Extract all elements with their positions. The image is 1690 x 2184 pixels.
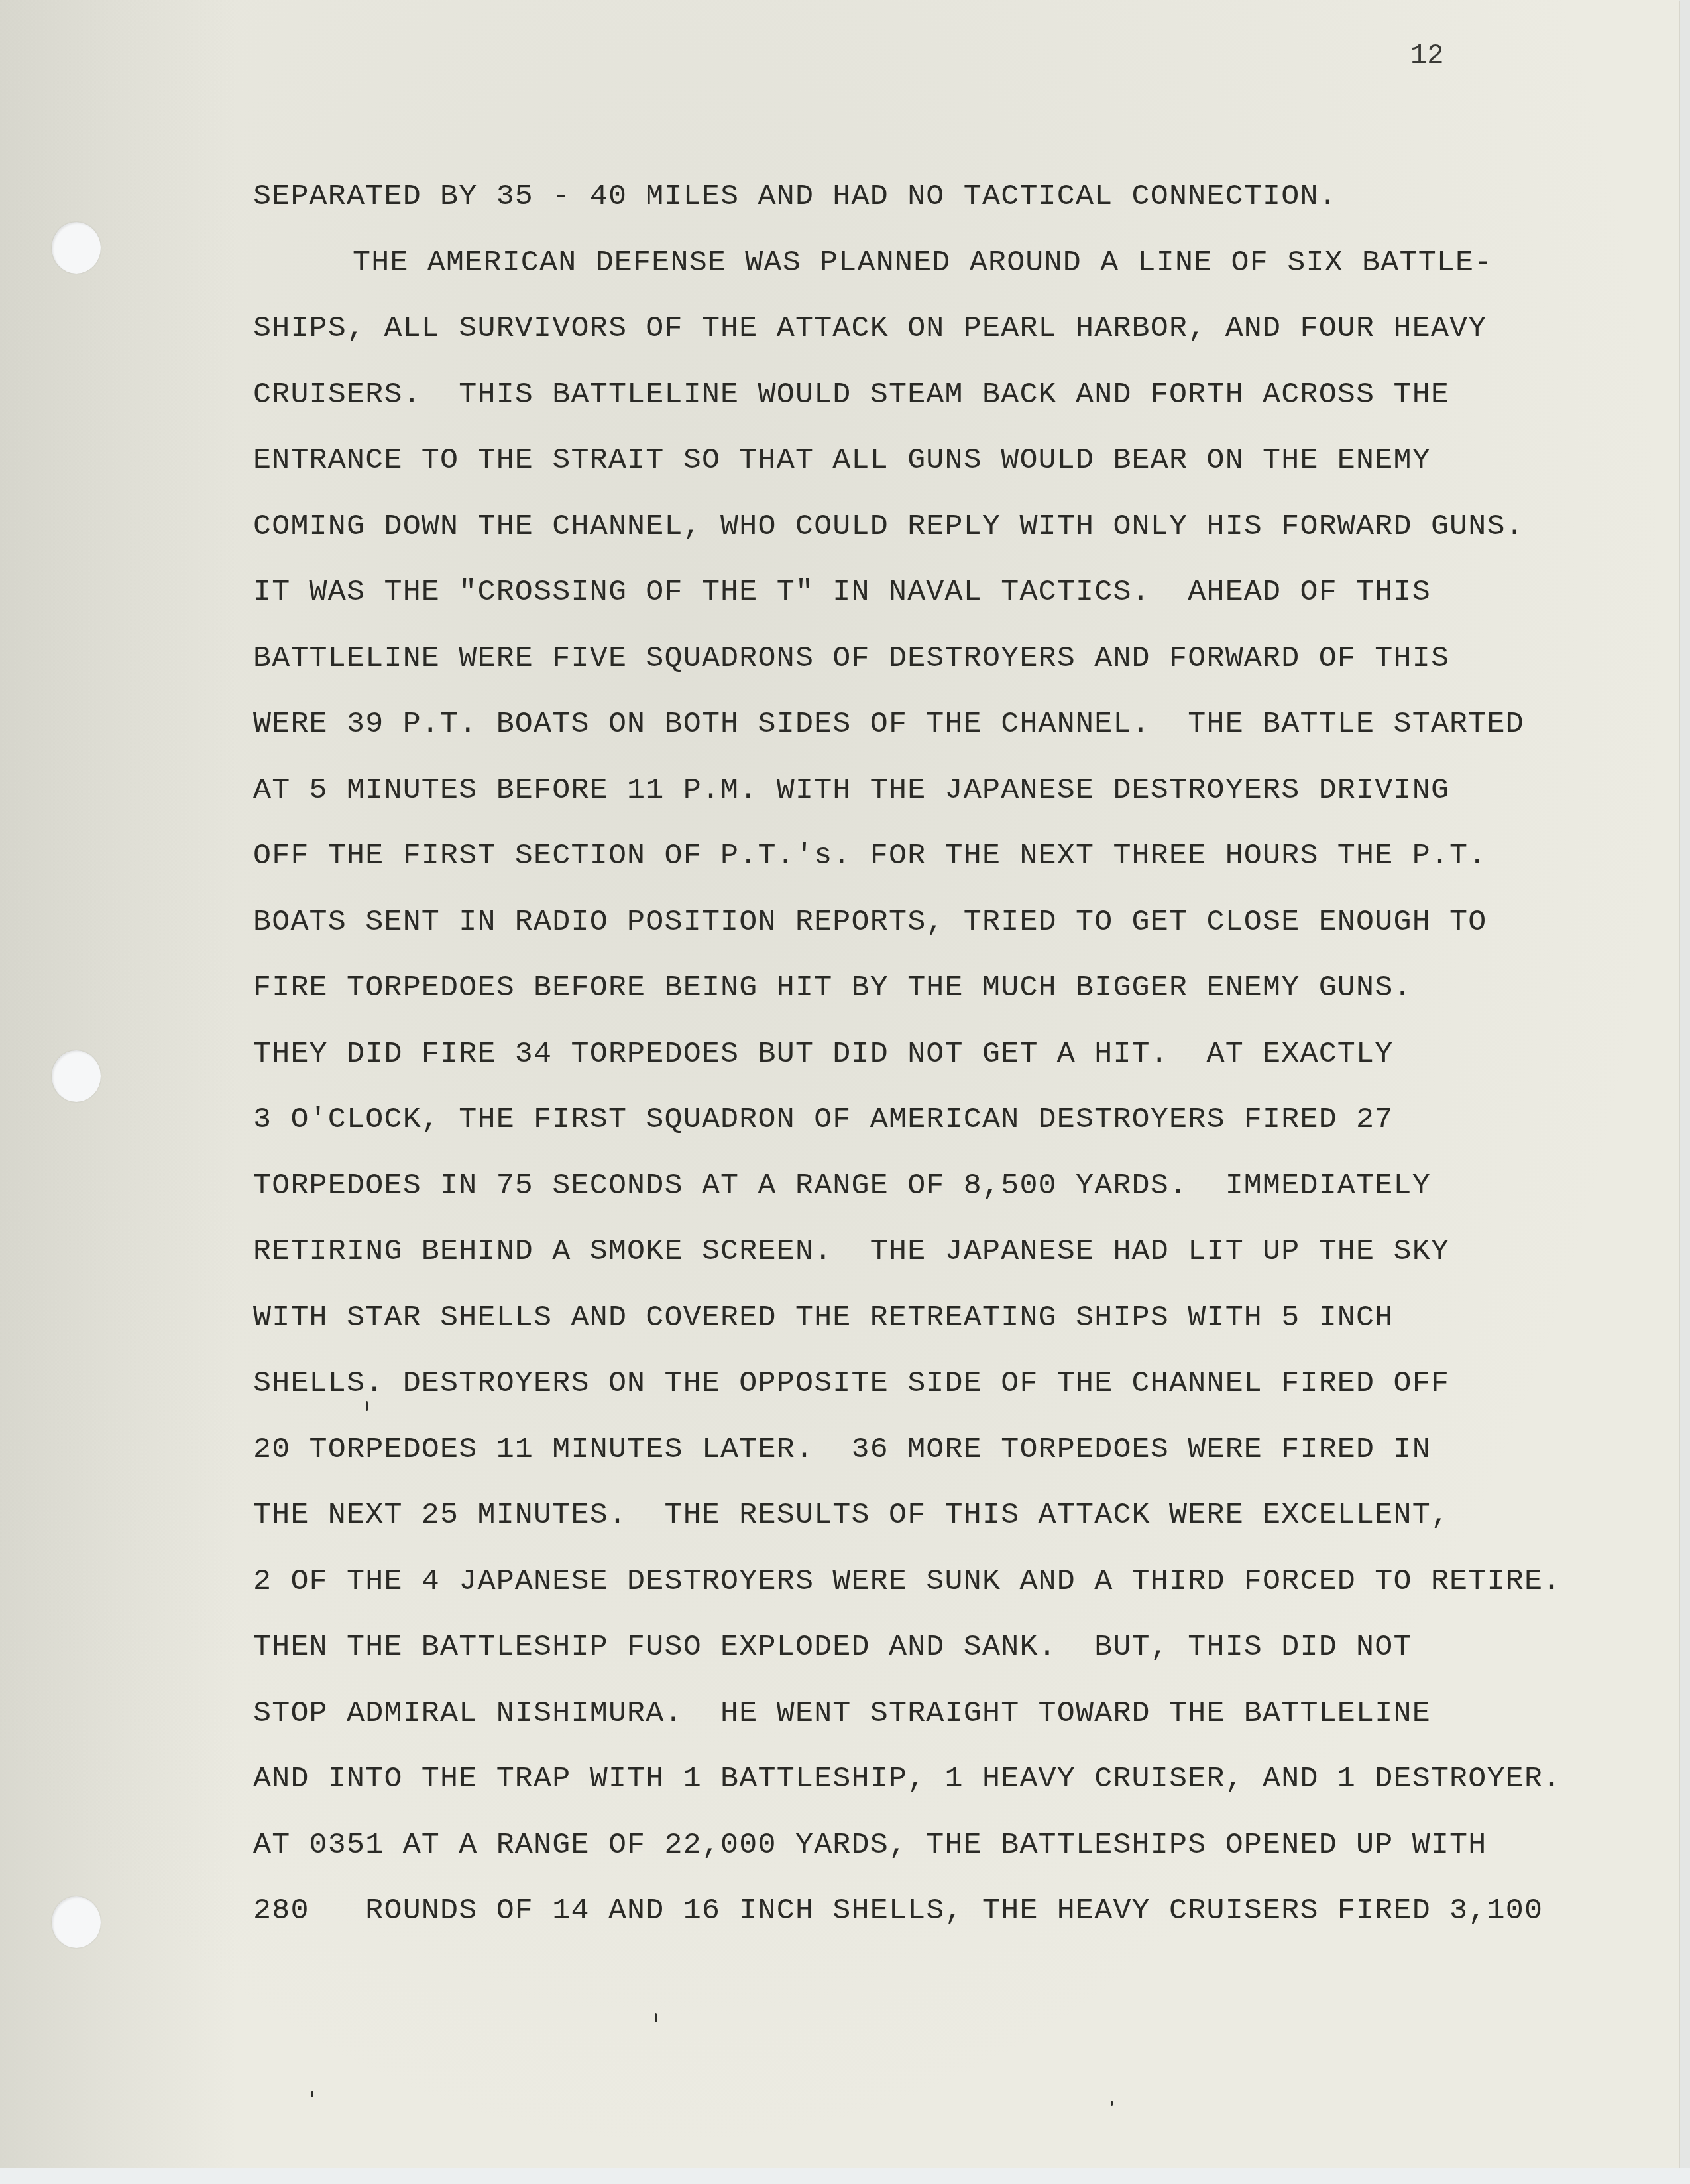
text-line: WERE 39 P.T. BOATS ON BOTH SIDES OF THE … bbox=[253, 701, 1645, 767]
text-line: SEPARATED BY 35 - 40 MILES AND HAD NO TA… bbox=[253, 174, 1645, 240]
ink-speck bbox=[311, 2091, 313, 2097]
text-line: 280 ROUNDS OF 14 AND 16 INCH SHELLS, THE… bbox=[253, 1888, 1645, 1954]
text-line: RETIRING BEHIND A SMOKE SCREEN. THE JAPA… bbox=[253, 1228, 1645, 1295]
text-line: BATTLELINE WERE FIVE SQUADRONS OF DESTRO… bbox=[253, 635, 1645, 702]
text-line: 3 O'CLOCK, THE FIRST SQUADRON OF AMERICA… bbox=[253, 1097, 1645, 1163]
text-line: CRUISERS. THIS BATTLELINE WOULD STEAM BA… bbox=[253, 372, 1645, 438]
text-line: AND INTO THE TRAP WITH 1 BATTLESHIP, 1 H… bbox=[253, 1756, 1645, 1822]
ink-speck bbox=[1111, 2101, 1113, 2106]
body-text: SEPARATED BY 35 - 40 MILES AND HAD NO TA… bbox=[253, 174, 1645, 1954]
document-page: 12 SEPARATED BY 35 - 40 MILES AND HAD NO… bbox=[0, 0, 1679, 2168]
punch-hole-top bbox=[52, 222, 101, 274]
text-line: WITH STAR SHELLS AND COVERED THE RETREAT… bbox=[253, 1295, 1645, 1361]
page-number: 12 bbox=[1410, 40, 1443, 72]
scanner-background bbox=[0, 2168, 1690, 2184]
ink-speck bbox=[366, 1401, 368, 1411]
text-line: THE NEXT 25 MINUTES. THE RESULTS OF THIS… bbox=[253, 1492, 1645, 1558]
text-line: COMING DOWN THE CHANNEL, WHO COULD REPLY… bbox=[253, 504, 1645, 570]
text-line: TORPEDOES IN 75 SECONDS AT A RANGE OF 8,… bbox=[253, 1163, 1645, 1229]
text-line: 20 TORPEDOES 11 MINUTES LATER. 36 MORE T… bbox=[253, 1427, 1645, 1493]
ink-speck bbox=[655, 2013, 657, 2022]
text-line: 2 OF THE 4 JAPANESE DESTROYERS WERE SUNK… bbox=[253, 1558, 1645, 1625]
punch-hole-bottom bbox=[52, 1896, 101, 1948]
text-line: SHIPS, ALL SURVIVORS OF THE ATTACK ON PE… bbox=[253, 305, 1645, 372]
text-line: THEN THE BATTLESHIP FUSO EXPLODED AND SA… bbox=[253, 1624, 1645, 1690]
text-line: AT 5 MINUTES BEFORE 11 P.M. WITH THE JAP… bbox=[253, 767, 1645, 834]
text-line: BOATS SENT IN RADIO POSITION REPORTS, TR… bbox=[253, 899, 1645, 965]
text-line: FIRE TORPEDOES BEFORE BEING HIT BY THE M… bbox=[253, 965, 1645, 1031]
text-line: STOP ADMIRAL NISHIMURA. HE WENT STRAIGHT… bbox=[253, 1690, 1645, 1757]
punch-hole-middle bbox=[52, 1050, 101, 1102]
text-line: SHELLS. DESTROYERS ON THE OPPOSITE SIDE … bbox=[253, 1360, 1645, 1427]
text-line: AT 0351 AT A RANGE OF 22,000 YARDS, THE … bbox=[253, 1822, 1645, 1888]
text-line: THE AMERICAN DEFENSE WAS PLANNED AROUND … bbox=[253, 240, 1645, 306]
text-line: OFF THE FIRST SECTION OF P.T.'s. FOR THE… bbox=[253, 833, 1645, 899]
text-line: THEY DID FIRE 34 TORPEDOES BUT DID NOT G… bbox=[253, 1031, 1645, 1097]
text-line: IT WAS THE "CROSSING OF THE T" IN NAVAL … bbox=[253, 569, 1645, 635]
text-line: ENTRANCE TO THE STRAIT SO THAT ALL GUNS … bbox=[253, 437, 1645, 504]
